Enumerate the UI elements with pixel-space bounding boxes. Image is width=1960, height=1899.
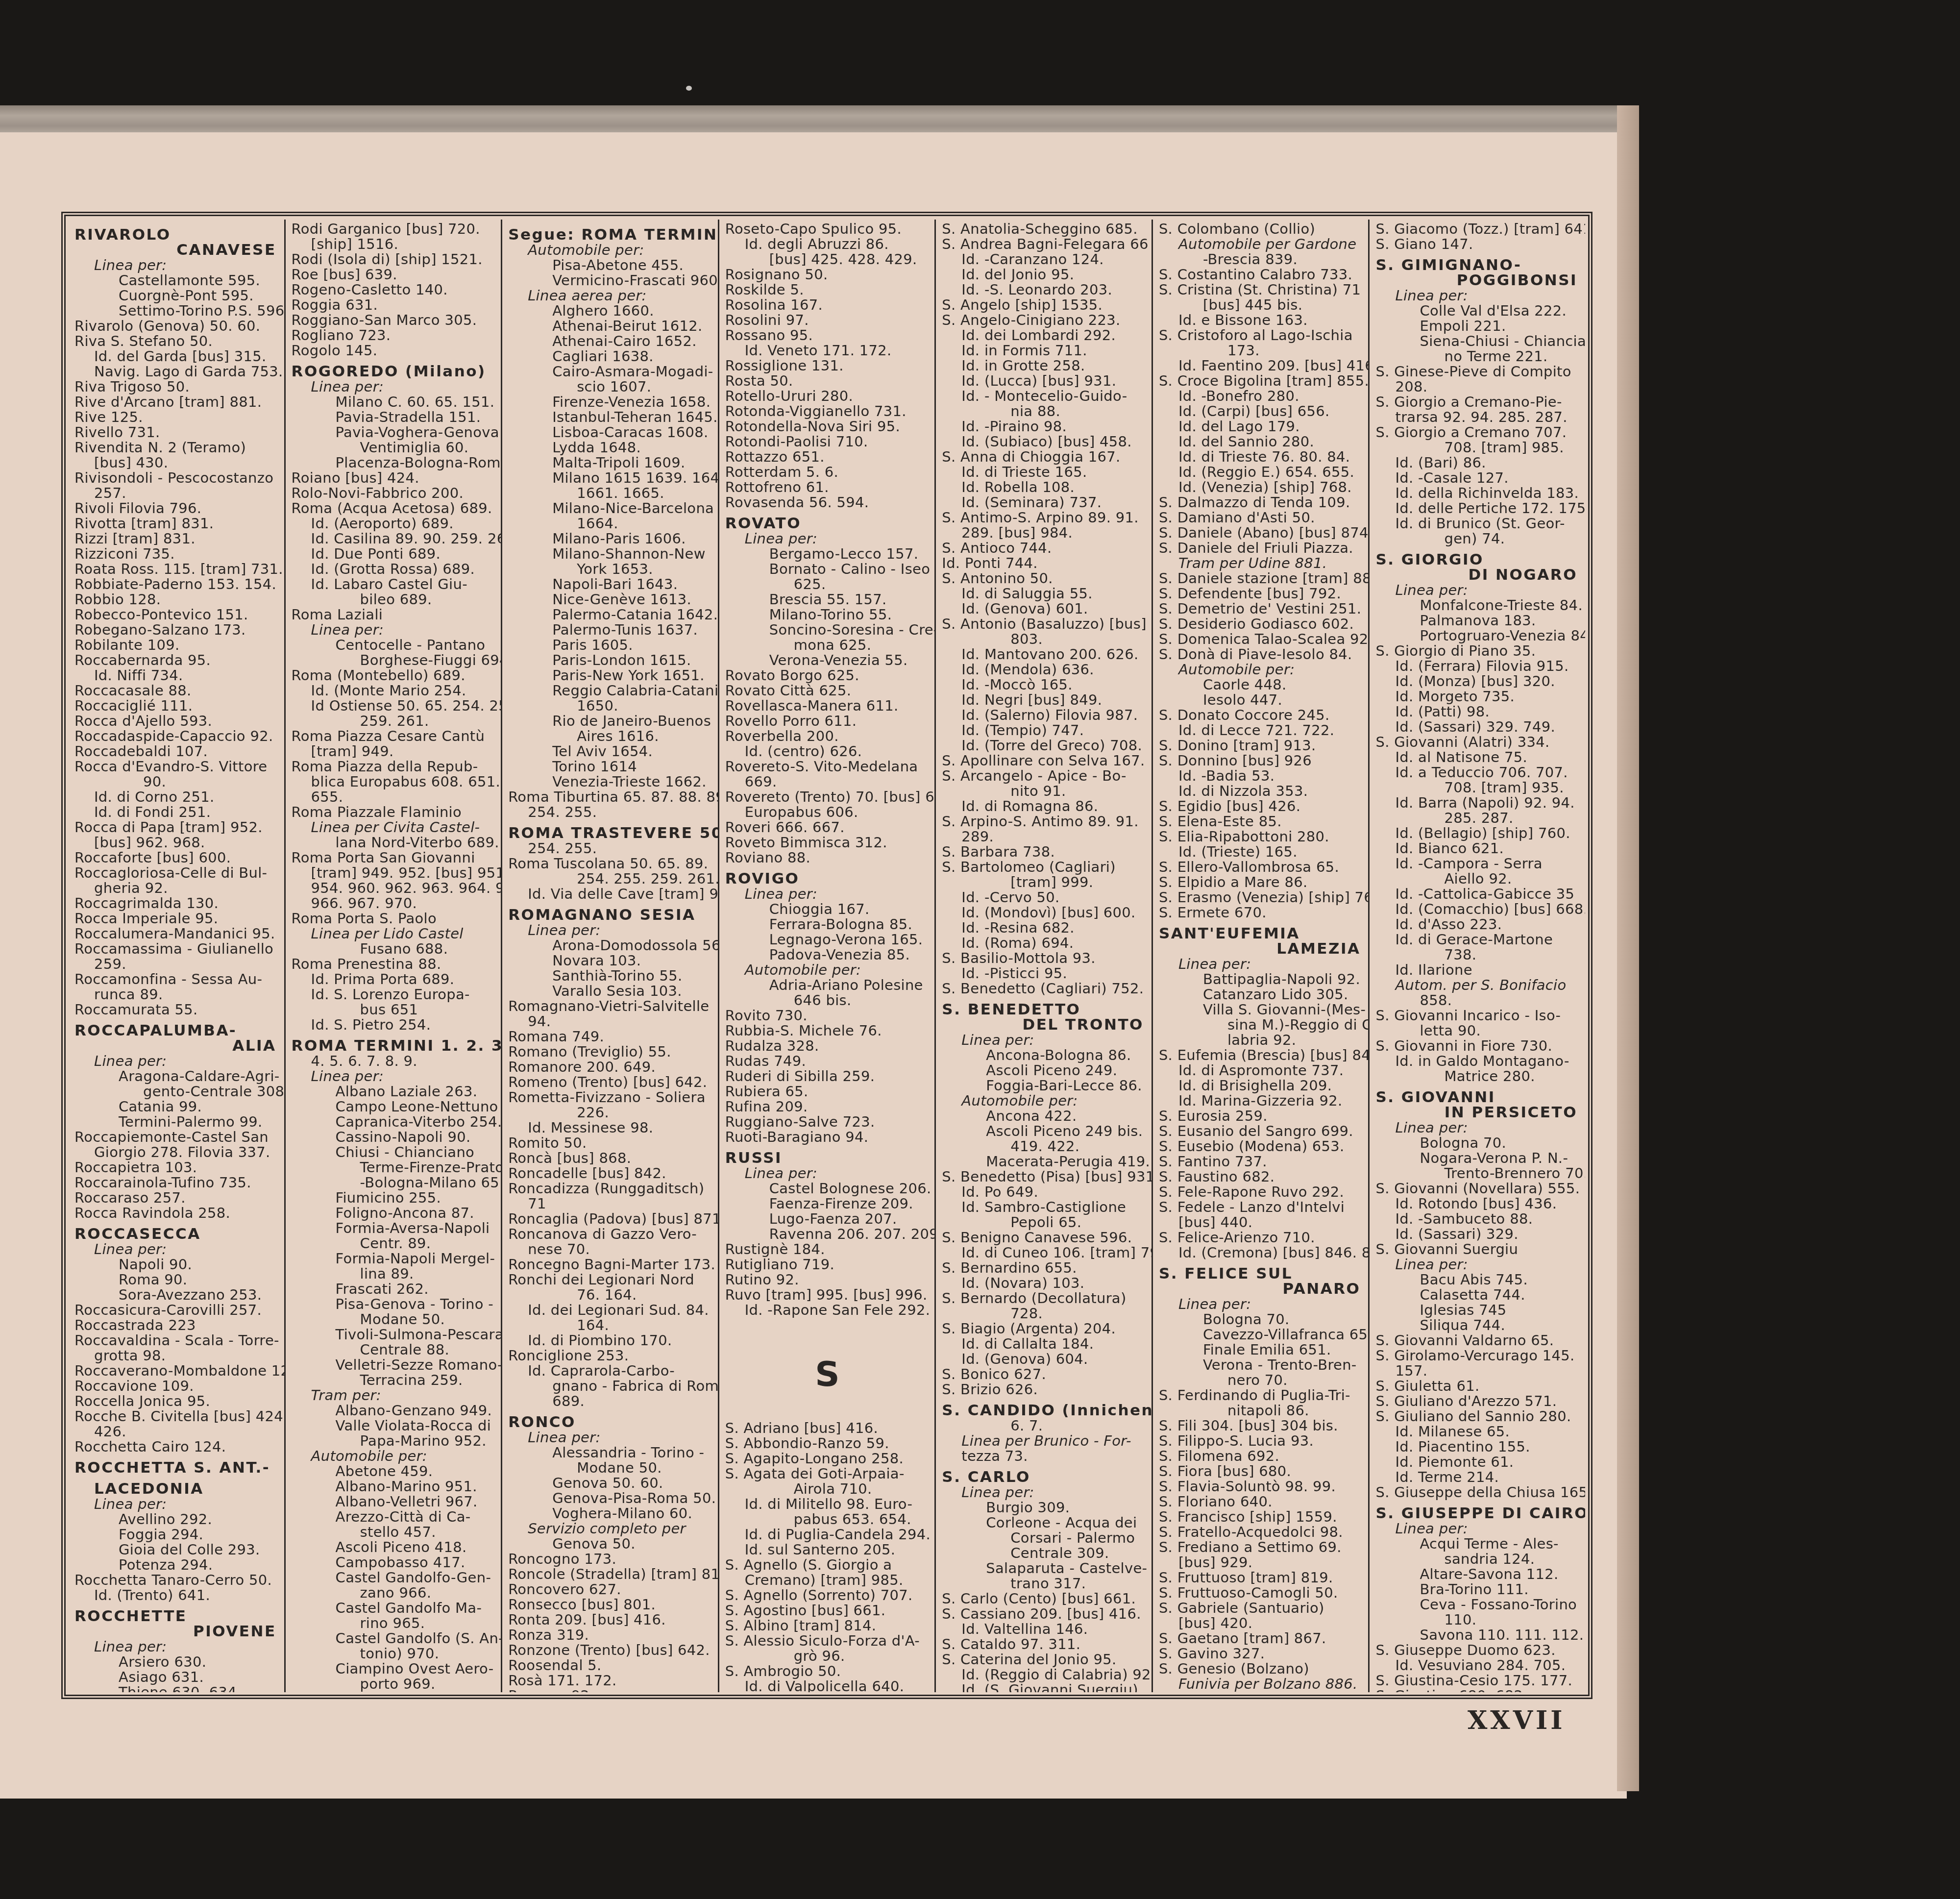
index-entry: Torino 1614	[508, 759, 713, 774]
index-entry: Id. della Richinvelda 183.	[1375, 486, 1580, 501]
index-entry: Id. di Callalta 184.	[942, 1336, 1147, 1352]
index-entry: Roma Laziali	[292, 607, 496, 622]
index-entry: Istanbul-Teheran 1645.	[508, 410, 713, 425]
index-entry: Ascoli Piceno 249 bis.	[942, 1124, 1147, 1139]
index-entry: Castel Gandolfo-Gen-	[292, 1570, 496, 1585]
route-label: Linea per:	[1159, 957, 1364, 972]
index-entry: S. Francisco [ship] 1559.	[1159, 1509, 1364, 1525]
index-entry: Vermicino-Frascati 960.	[508, 273, 713, 288]
index-entry: S. Albino [tram] 814.	[725, 1618, 930, 1633]
section-heading: DEL TRONTO	[942, 1017, 1147, 1033]
index-entry: Rotonda-Viggianello 731.	[725, 404, 930, 419]
index-entry: S. Fili 304. [bus] 304 bis.	[1159, 1418, 1364, 1433]
index-entry: Ascoli Piceno 418.	[292, 1540, 496, 1555]
index-entry: trano 317.	[942, 1576, 1147, 1591]
index-entry: S. Andrea Bagni-Felegara 66	[942, 237, 1147, 252]
index-entry: nito 91.	[942, 784, 1147, 799]
index-entry: S. Giuliano d'Arezzo 571.	[1375, 1394, 1580, 1409]
route-label: Automobile per:	[942, 1093, 1147, 1109]
index-entry: Id. (Ferrara) Filovia 915.	[1375, 659, 1580, 674]
index-entry: 1661. 1665.	[508, 486, 713, 501]
index-entry: Roggia 631.	[292, 297, 496, 313]
index-entry: Roccavione 109.	[74, 1379, 279, 1394]
index-entry: Castel Bolognese 206.	[725, 1181, 930, 1196]
index-entry: Roccagloriosa-Celle di Bul-	[74, 865, 279, 881]
index-entry: Rovereto (Trento) 70. [bus] 645.	[725, 789, 930, 805]
index-entry: S. Donino [tram] 913.	[1159, 738, 1364, 753]
index-entry: Palermo-Catania 1642.	[508, 607, 713, 622]
index-entry: Cassino-Napoli 90.	[292, 1130, 496, 1145]
index-entry: Id. -Badia 53.	[1159, 768, 1364, 784]
index-column-6: S. Colombano (Collio)Automobile per Gard…	[1153, 220, 1370, 1692]
index-entry: Roma Piazza Cesare Cantù	[292, 729, 496, 744]
index-entry: Id. (Cremona) [bus] 846. 849.	[1159, 1245, 1364, 1260]
index-entry: lina 89.	[292, 1266, 496, 1282]
index-entry: Albano-Genzano 949.	[292, 1403, 496, 1418]
index-entry: S. Giovanni Incarico - Iso-	[1375, 1008, 1580, 1023]
index-entry: Cagliari 1638.	[508, 349, 713, 364]
index-entry: S. Bonico 627.	[942, 1367, 1147, 1382]
index-entry: Id. Rotondo [bus] 436.	[1375, 1196, 1580, 1211]
index-entry: Roccarainola-Tufino 735.	[74, 1175, 279, 1190]
route-label: Linea per:	[74, 1242, 279, 1257]
index-entry: Rocca d'Evandro-S. Vittore	[74, 759, 279, 774]
index-entry: Id. -Campora - Serra	[1375, 856, 1580, 871]
index-entry: Robecco-Pontevico 151.	[74, 607, 279, 622]
index-entry: S. Dalmazzo di Tenda 109.	[1159, 495, 1364, 510]
index-entry: 71	[508, 1196, 713, 1211]
index-entry: 689.	[508, 1394, 713, 1409]
index-entry: Aiello 92.	[1375, 871, 1580, 887]
section-heading: ROMA TERMINI 1. 2. 3.	[292, 1038, 496, 1054]
route-label: Linea per:	[1375, 1257, 1580, 1272]
index-entry: Roccaverano-Mombaldone 124.	[74, 1363, 279, 1379]
index-entry: bileo 689.	[292, 592, 496, 607]
index-entry: 966. 967. 970.	[292, 896, 496, 911]
index-entry: S. Giorgio a Cremano-Pie-	[1375, 395, 1580, 410]
index-entry: Id. (Venezia) [ship] 768.	[1159, 480, 1364, 495]
index-entry: Pisa-Genova - Torino -	[292, 1297, 496, 1312]
index-entry: Santhià-Torino 55.	[508, 968, 713, 984]
index-entry: 254. 255.	[508, 805, 713, 820]
index-entry: Roccaraso 257.	[74, 1190, 279, 1206]
index-entry: S. Bartolomeo (Cagliari)	[942, 860, 1147, 875]
index-entry: Roccaciglié 111.	[74, 698, 279, 714]
section-heading: POGGIBONSI	[1375, 273, 1580, 288]
index-entry: S. Giuseppe della Chiusa 165	[1375, 1485, 1580, 1500]
index-entry: Valle Violata-Rocca di	[292, 1418, 496, 1433]
index-entry: S. Fratello-Acquedolci 98.	[1159, 1525, 1364, 1540]
index-entry: S. Ellero-Vallombrosa 65.	[1159, 860, 1364, 875]
index-entry: Caorle 448.	[1159, 677, 1364, 692]
index-entry: Id. (Bellagio) [ship] 760.	[1375, 826, 1580, 841]
index-entry: Athenai-Beirut 1612.	[508, 319, 713, 334]
index-entry: Id. di Trieste 76. 80. 84.	[1159, 449, 1364, 465]
index-entry: Id. (Sassari) 329.	[1375, 1227, 1580, 1242]
section-heading: IN PERSICETO	[1375, 1105, 1580, 1120]
index-entry: Centocelle - Pantano	[292, 638, 496, 653]
index-entry: S. Ginese-Pieve di Compito	[1375, 364, 1580, 379]
index-entry: Terme-Firenze-Prato	[292, 1160, 496, 1175]
index-entry: 426.	[74, 1424, 279, 1439]
index-entry: Id. del Garda [bus] 315.	[74, 349, 279, 364]
index-entry: Monfalcone-Trieste 84.	[1375, 598, 1580, 613]
index-entry: S. Cristoforo al Lago-Ischia	[1159, 328, 1364, 343]
section-heading: PANARO	[1159, 1282, 1364, 1297]
index-entry: Foggia-Bari-Lecce 86.	[942, 1078, 1147, 1093]
index-entry: Rosignano 50.	[725, 267, 930, 282]
index-entry: Id. (Mondovì) [bus] 600.	[942, 905, 1147, 920]
index-entry: Fusano 688.	[292, 941, 496, 957]
index-entry: S. Fele-Rapone Ruvo 292.	[1159, 1184, 1364, 1200]
index-entry: Borghese-Fiuggi 694.	[292, 653, 496, 668]
index-entry: tonio) 970.	[292, 1646, 496, 1661]
index-entry: Romeno (Trento) [bus] 642.	[508, 1075, 713, 1090]
index-entry: Id. Faentino 209. [bus] 416	[1159, 358, 1364, 373]
index-entry: Gioia del Colle 293.	[74, 1542, 279, 1557]
index-entry: 1664.	[508, 516, 713, 531]
index-entry: 1650.	[508, 698, 713, 714]
index-entry: Cavezzo-Villafranca 651.	[1159, 1327, 1364, 1342]
index-entry: Matrice 280.	[1375, 1069, 1580, 1084]
index-entry: Siliqua 744.	[1375, 1318, 1580, 1333]
section-heading: S. GIOVANNI	[1375, 1090, 1580, 1105]
index-entry: Id. sul Santerno 205.	[725, 1542, 930, 1557]
section-heading: ROMAGNANO SESIA	[508, 908, 713, 923]
index-entry: nitapoli 86.	[1159, 1403, 1364, 1418]
index-entry: Padova-Venezia 85.	[725, 947, 930, 962]
index-entry: Id. -Piraino 98.	[942, 419, 1147, 434]
index-entry: Riva Trigoso 50.	[74, 379, 279, 395]
index-entry: Romanore 200. 649.	[508, 1060, 713, 1075]
index-entry: Id. Due Ponti 689.	[292, 546, 496, 562]
index-entry: S. Eurosia 259.	[1159, 1109, 1364, 1124]
index-entry: Id. Vesuviano 284. 705.	[1375, 1658, 1580, 1673]
index-entry: Soncino-Soresina - Cre-	[725, 622, 930, 638]
index-entry: S. Egidio [bus] 426.	[1159, 799, 1364, 814]
section-heading: ROVATO	[725, 516, 930, 531]
index-entry: Rotello-Ururi 280.	[725, 389, 930, 404]
index-entry: Sora-Avezzano 253.	[74, 1287, 279, 1303]
index-entry: Ronta 209. [bus] 416.	[508, 1612, 713, 1628]
index-entry: S. Anatolia-Scheggino 685.	[942, 222, 1147, 237]
index-column-2: Rodi Garganico [bus] 720.[ship] 1516.Rod…	[286, 220, 503, 1692]
index-entry: Roseto-Capo Spulico 95.	[725, 222, 930, 237]
section-heading: SANT'EUFEMIA	[1159, 926, 1364, 941]
index-entry: Roveto Bimmisca 312.	[725, 835, 930, 850]
index-entry: S. Faustino 682.	[1159, 1169, 1364, 1184]
index-entry: Id. -Rapone San Fele 292.	[725, 1303, 930, 1318]
index-entry: Id. d'Asso 223.	[1375, 917, 1580, 932]
index-entry: Capranica-Viterbo 254.	[292, 1114, 496, 1130]
index-entry: 655.	[292, 789, 496, 805]
index-entry: Nice-Genève 1613.	[508, 592, 713, 607]
index-entry: Id. di Valpolicella 640.	[725, 1679, 930, 1692]
route-label: Linea per Brunico - For-	[942, 1433, 1147, 1449]
index-entry: Riva S. Stefano 50.	[74, 334, 279, 349]
index-entry: Id. di Brunico (St. Geor-	[1375, 516, 1580, 531]
index-entry: Rosolina 167.	[725, 297, 930, 313]
index-entry: Paris-New York 1651.	[508, 668, 713, 683]
index-entry: Ascoli Piceno 249.	[942, 1063, 1147, 1078]
route-label: Tram per:	[292, 1388, 496, 1403]
index-entry: S. Floriano 640.	[1159, 1494, 1364, 1509]
index-entry: Potenza 294.	[74, 1557, 279, 1573]
index-entry: Roma Porta San Giovanni	[292, 850, 496, 865]
index-entry: Id. (Reggio di Calabria) 92.	[942, 1667, 1147, 1682]
index-entry: S. Eusebio (Modena) 653.	[1159, 1139, 1364, 1154]
index-entry: pabus 653. 654.	[725, 1512, 930, 1527]
route-label: Linea per:	[1375, 288, 1580, 303]
index-entry: 259. 261.	[292, 714, 496, 729]
index-entry: Id. (Tempio) 747.	[942, 723, 1147, 738]
index-entry: Romito 50.	[508, 1135, 713, 1151]
index-entry: 708. [tram] 985.	[1375, 440, 1580, 455]
index-column-7: S. Giacomo (Tozz.) [tram] 641.S. Giano 1…	[1370, 220, 1585, 1692]
index-entry: sina M.)-Reggio di Ca-	[1159, 1017, 1364, 1033]
section-heading: S. GIUSEPPE DI CAIRO	[1375, 1506, 1580, 1521]
section-heading: S. CANDIDO (Innichen)	[942, 1403, 1147, 1418]
section-heading: ROCCHETTE	[74, 1609, 279, 1624]
index-entry: Albano-Velletri 967.	[292, 1494, 496, 1509]
index-entry: Roncaglia (Padova) [bus] 871.	[508, 1211, 713, 1227]
index-entry: Brescia 55. 157.	[725, 592, 930, 607]
index-entry: Ronchi dei Legionari Nord	[508, 1272, 713, 1287]
index-entry: S. Antonio (Basaluzzo) [bus] 599	[942, 617, 1147, 632]
index-entry: Rodi Garganico [bus] 720.	[292, 222, 496, 237]
index-entry: Roma Tuscolana 50. 65. 89.	[508, 856, 713, 871]
index-entry: Id. (Sassari) 329. 749.	[1375, 719, 1580, 735]
index-entry: [tram] 949. 952. [bus] 951. 953.	[292, 865, 496, 881]
index-entry: nero 70.	[1159, 1373, 1364, 1388]
index-entry: Id. Marina-Gizzeria 92.	[1159, 1093, 1364, 1109]
index-entry: Milano-Paris 1606.	[508, 531, 713, 546]
index-entry: S. Caterina del Jonio 95.	[942, 1652, 1147, 1667]
index-entry: Id. (Lucca) [bus] 931.	[942, 373, 1147, 389]
index-entry: Rotondella-Nova Siri 95.	[725, 419, 930, 434]
index-entry: Salaparuta - Castelve-	[942, 1561, 1147, 1576]
route-label: Linea per:	[292, 1069, 496, 1084]
index-entry: S. Agnello (S. Giorgio a	[725, 1557, 930, 1573]
index-entry: Id. Piacentino 155.	[1375, 1439, 1580, 1455]
index-entry: Colle Val d'Elsa 222.	[1375, 303, 1580, 319]
index-entry: S. Agata dei Goti-Arpaia-	[725, 1466, 930, 1481]
index-entry: S. Arpino-S. Antimo 89. 91.	[942, 814, 1147, 829]
section-heading: DI NOGARO	[1375, 567, 1580, 583]
index-entry: lana Nord-Viterbo 689.	[292, 835, 496, 850]
index-entry: S. Antimo-S. Arpino 89. 91.	[942, 510, 1147, 525]
index-entry: Roccamonfina - Sessa Au-	[74, 972, 279, 987]
index-entry: S. Croce Bigolina [tram] 855.	[1159, 373, 1364, 389]
index-entry: 94.	[508, 1014, 713, 1029]
route-label: Linea per:	[74, 1054, 279, 1069]
index-entry: Bologna 70.	[1159, 1312, 1364, 1327]
index-entry: Rogeno-Casletto 140.	[292, 282, 496, 297]
index-entry: Id. Robella 108.	[942, 480, 1147, 495]
index-entry: Verona-Venezia 55.	[725, 653, 930, 668]
index-entry: Id. S. Pietro 254.	[292, 1017, 496, 1033]
index-entry: Thiene 630. 634.	[74, 1685, 279, 1692]
index-entry: Rosà 171. 172.	[508, 1673, 713, 1688]
index-entry: Id. -Moccò 165.	[942, 677, 1147, 692]
index-entry: S. Giuletta 61.	[1375, 1379, 1580, 1394]
index-entry: Legnago-Verona 165.	[725, 932, 930, 947]
index-entry: Roncanova di Gazzo Vero-	[508, 1227, 713, 1242]
index-entry: Foligno-Ancona 87.	[292, 1206, 496, 1221]
route-label: Linea per:	[1375, 583, 1580, 598]
index-entry: Id. di Piombino 170.	[508, 1333, 713, 1348]
index-entry: Id. -Resina 682.	[942, 920, 1147, 936]
index-entry: Napoli 90.	[74, 1257, 279, 1272]
index-entry: Id. di Gerace-Martone	[1375, 932, 1580, 947]
index-entry: S. Daniele stazione [tram] 881.	[1159, 571, 1364, 586]
index-entry: gen) 74.	[1375, 531, 1580, 546]
index-entry: Id. del Lago 179.	[1159, 419, 1364, 434]
index-entry: Roncadelle [bus] 842.	[508, 1166, 713, 1181]
section-heading: ROVIGO	[725, 871, 930, 887]
index-entry: S. Arcangelo - Apice - Bo-	[942, 768, 1147, 784]
index-entry: Ventimiglia 60.	[292, 440, 496, 455]
index-entry: Papa-Marino 952.	[292, 1433, 496, 1449]
index-entry: S. Elia-Ripabottoni 280.	[1159, 829, 1364, 844]
index-entry: Roskilde 5.	[725, 282, 930, 297]
route-label: Automobile per:	[725, 962, 930, 978]
index-entry: 419. 422.	[942, 1139, 1147, 1154]
index-entry: Id. dei Lombardi 292.	[942, 328, 1147, 343]
index-entry: Id. Labaro Castel Giu-	[292, 577, 496, 592]
index-entry: S. Filomena 692.	[1159, 1449, 1364, 1464]
index-entry: Ruggiano-Salve 723.	[725, 1114, 930, 1130]
index-entry: S. Giorgio di Piano 35.	[1375, 643, 1580, 659]
index-entry: Id. (Monza) [bus] 320.	[1375, 674, 1580, 689]
index-column-3: Segue: ROMA TERMINIAutomobile per:Pisa-A…	[502, 220, 719, 1692]
section-heading: PIOVENE	[74, 1624, 279, 1639]
route-label: Linea per:	[74, 1497, 279, 1512]
index-entry: gheria 92.	[74, 881, 279, 896]
section-heading: RIVAROLO	[74, 227, 279, 243]
index-entry: Id. (Bari) 86.	[1375, 455, 1580, 470]
index-entry: 669.	[725, 774, 930, 789]
section-heading: ROCCAPALUMBA-	[74, 1023, 279, 1038]
index-entry: Palmanova 183.	[1375, 613, 1580, 628]
section-heading: ROCCHETTA S. ANT.-	[74, 1460, 279, 1476]
index-entry: Rivoli Filovia 796.	[74, 501, 279, 516]
index-entry: 226.	[508, 1105, 713, 1120]
index-entry: Castel Gandolfo (S. An-	[292, 1631, 496, 1646]
index-entry: Castel Gandolfo Ma-	[292, 1601, 496, 1616]
index-entry: no Terme 221.	[1375, 349, 1580, 364]
index-entry: Rubiera 65.	[725, 1084, 930, 1099]
index-entry: S. Giovanni Valdarno 65.	[1375, 1333, 1580, 1348]
index-entry: Settimo-Torino P.S. 596.	[74, 303, 279, 319]
route-label: Linea per:	[725, 887, 930, 902]
index-entry: Faenza-Firenze 209.	[725, 1196, 930, 1211]
index-entry: S. Cataldo 97. 311.	[942, 1637, 1147, 1652]
index-entry: Romana 749.	[508, 1029, 713, 1044]
route-label: Funivia per Bolzano 886.	[1159, 1677, 1364, 1692]
index-entry: Ceva - Fossano-Torino	[1375, 1597, 1580, 1612]
index-entry: S. Benigno Canavese 596.	[942, 1230, 1147, 1245]
index-entry: Aragona-Caldare-Agri-	[74, 1069, 279, 1084]
index-entry: Rivello 731.	[74, 425, 279, 440]
index-entry: Roccasicura-Carovilli 257.	[74, 1303, 279, 1318]
index-entry: Rubbia-S. Michele 76.	[725, 1023, 930, 1038]
index-entry: S. Barbara 738.	[942, 844, 1147, 860]
index-entry: Roccacasale 88.	[74, 683, 279, 698]
index-entry: Id. Ponti 744.	[942, 556, 1147, 571]
index-entry: Rocca Imperiale 95.	[74, 911, 279, 926]
index-entry: S. Benedetto (Pisa) [bus] 931.	[942, 1169, 1147, 1184]
route-label: Linea aerea per:	[508, 288, 713, 303]
index-entry: Rocca d'Ajello 593.	[74, 714, 279, 729]
index-entry: Ciampino-Castel Gan-	[292, 1692, 496, 1692]
index-entry: Fiumicino 255.	[292, 1190, 496, 1206]
index-entry: Id. (Comacchio) [bus] 668.	[1375, 902, 1580, 917]
index-entry: Roviano 88.	[725, 850, 930, 865]
route-label: Linea per:	[74, 1639, 279, 1654]
index-entry: S. Giuliano del Sannio 280.	[1375, 1409, 1580, 1424]
index-entry: Id Ostiense 50. 65. 254. 255	[292, 698, 496, 714]
index-entry: Roma Porta S. Paolo	[292, 911, 496, 926]
index-entry: Paris 1605.	[508, 638, 713, 653]
index-entry: Id. (Carpi) [bus] 656.	[1159, 404, 1364, 419]
index-entry: York 1653.	[508, 562, 713, 577]
route-label: Automobile per:	[1159, 662, 1364, 677]
index-entry: Pepoli 65.	[942, 1215, 1147, 1230]
index-entry: Roncadizza (Runggaditsch)	[508, 1181, 713, 1196]
index-entry: 625.	[725, 577, 930, 592]
index-entry: Paris-London 1615.	[508, 653, 713, 668]
index-entry: Roccadaspide-Capaccio 92.	[74, 729, 279, 744]
page-edge-right	[1617, 105, 1639, 1791]
index-entry: Rovasenda 56. 594.	[725, 495, 930, 510]
index-entry: Id. di Militello 98. Euro-	[725, 1497, 930, 1512]
index-entry: Id. Mantovano 200. 626.	[942, 647, 1147, 662]
index-entry: Id. Negri [bus] 849.	[942, 692, 1147, 708]
index-entry: Robbio 128.	[74, 592, 279, 607]
index-entry: Rovato Città 625.	[725, 683, 930, 698]
index-entry: Rivotta [tram] 831.	[74, 516, 279, 531]
index-entry: Varallo Sesia 103.	[508, 984, 713, 999]
index-entry: [bus] 440.	[1159, 1215, 1364, 1230]
index-entry: S. Eufemia (Brescia) [bus] 840.	[1159, 1048, 1364, 1063]
index-entry: 285. 287.	[1375, 811, 1580, 826]
index-entry: Lydda 1648.	[508, 440, 713, 455]
index-entry: S. Defendente [bus] 792.	[1159, 586, 1364, 601]
index-entry: Chiusi - Chianciano	[292, 1145, 496, 1160]
index-entry: Rodi (Isola di) [ship] 1521.	[292, 252, 496, 267]
index-entry: Formia-Napoli Mergel-	[292, 1251, 496, 1266]
index-entry: Id. a Teduccio 706. 707.	[1375, 765, 1580, 780]
index-entry: Campo Leone-Nettuno 261.	[292, 1099, 496, 1114]
index-entry: Frascati 262.	[292, 1282, 496, 1297]
index-entry: Genova-Pisa-Roma 50.	[508, 1491, 713, 1506]
index-entry: 173.	[1159, 343, 1364, 358]
index-entry: Id. -Bonefro 280.	[1159, 389, 1364, 404]
index-entry: Roccamassima - Giulianello	[74, 941, 279, 957]
index-entry: Pavia-Voghera-Genova	[292, 425, 496, 440]
index-entry: Tel Aviv 1654.	[508, 744, 713, 759]
index-entry: Malta-Tripoli 1609.	[508, 455, 713, 470]
index-entry: zano 966.	[292, 1585, 496, 1601]
index-entry: S. Demetrio de' Vestini 251.	[1159, 601, 1364, 617]
index-entry: Roccabernarda 95.	[74, 653, 279, 668]
index-entry: Roverbella 200.	[725, 729, 930, 744]
index-entry: Centrale 88.	[292, 1342, 496, 1357]
index-entry: Id. Ilarione	[1375, 962, 1580, 978]
index-entry: Roccastrada 223	[74, 1318, 279, 1333]
index-entry: Id. (Salerno) Filovia 987.	[942, 708, 1147, 723]
